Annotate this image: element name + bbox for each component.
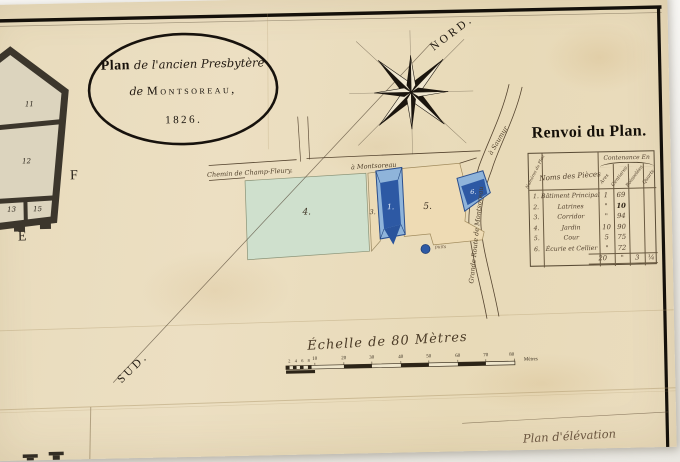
table-row-value: 72 (618, 243, 627, 251)
table-subcol-header: Quarts (642, 169, 656, 185)
table-row-no: 6. (534, 246, 540, 253)
room-11-label: 11 (25, 100, 34, 108)
table-row-value: 1 (604, 191, 608, 199)
cartouche-line2: de Montsoreau, (129, 80, 237, 100)
cartouche-title: Plan de l'ancien Presbytère (101, 53, 265, 74)
table-row-name: Corridor (557, 213, 584, 221)
scale-tick-label: 10 (312, 357, 317, 362)
room-15-label: 15 (33, 205, 42, 213)
scale-bar (286, 359, 515, 374)
right-border-line (658, 7, 667, 447)
photographed-plan-document: Plan de l'ancien Presbytère de Montsorea… (0, 0, 680, 462)
table-total-value: 20 (598, 254, 607, 262)
well-marker (421, 244, 430, 253)
table-row-value: 69 (617, 191, 626, 199)
table-row-name: Cour (564, 234, 580, 241)
parcel-1-label: 1. (387, 202, 394, 211)
scale-tick-label: 30 (369, 356, 374, 361)
table-row-value: 10 (602, 223, 611, 231)
table-gridline (529, 187, 656, 191)
scale-tick-label: 40 (398, 355, 403, 360)
cartouche-place-name: Montsoreau, (147, 82, 237, 98)
parcel-6-label: 6. (470, 188, 476, 196)
table-row-name: Bâtiment Principal (541, 192, 600, 200)
letter-f-label: F (70, 168, 78, 184)
table-total-value: ¼ (648, 253, 655, 261)
table-row-value: 5 (605, 233, 609, 241)
table-row-value: " (604, 202, 607, 210)
scale-tick-label: 50 (426, 354, 431, 359)
well-label: puits (435, 245, 447, 250)
elevation-rule-line (462, 412, 668, 423)
table-row-value: 75 (617, 233, 626, 241)
parcel-3-label: 3. (370, 208, 376, 216)
scale-tick-label: 80 (509, 353, 514, 358)
table-total-value: 3 (635, 254, 639, 262)
table-subcol-header: Ares (600, 173, 611, 185)
table-row-name: Écurie et Cellier (546, 244, 598, 252)
room-12-label: 12 (22, 157, 31, 165)
letter-e-label: E (18, 229, 27, 245)
table-row-value: " (605, 244, 608, 252)
scale-tick-label: 60 (455, 354, 460, 359)
door-jamb (40, 220, 51, 229)
parcel-5-label: 5. (423, 202, 432, 212)
cartouche-de: de (129, 85, 143, 98)
table-row-name: Latrines (558, 203, 584, 211)
table-title: Renvoi du Plan. (531, 122, 646, 142)
top-border-line (0, 7, 662, 27)
north-branch-road (298, 116, 310, 161)
table-group-header: Contenance En (603, 154, 650, 162)
table-names-header: Noms des Pièces (539, 169, 601, 182)
paper-sheet: Plan de l'ancien Presbytère de Montsorea… (0, 0, 677, 461)
cartouche-year: 1826. (165, 114, 202, 127)
scale-subticks: 2 4 6 8 (288, 358, 311, 363)
table-row-no: 4. (534, 225, 540, 232)
table-row-value: 90 (617, 222, 626, 230)
table-row-value: 94 (617, 212, 626, 220)
column-tops (23, 452, 64, 461)
compass-rose (348, 29, 475, 156)
scale-tick-label: 70 (483, 353, 488, 358)
table-row-value: " (605, 212, 608, 220)
renvoi-table: Numéros du Plan Noms des Pièces Contenan… (528, 150, 657, 267)
cartouche-title-rest: de l'ancien Presbytère (134, 55, 265, 72)
cartouche-title-word: Plan (101, 58, 131, 74)
table-row-name: Jardin (561, 224, 580, 231)
table-row-no: 3. (533, 214, 539, 221)
room-13-label: 13 (7, 206, 16, 214)
table-row-no: 1. (533, 193, 539, 200)
table-total-value: " (621, 254, 624, 262)
table-gridline (542, 154, 545, 268)
scale-unit-label: Mètres (524, 357, 538, 362)
table-row-value: 10 (616, 201, 626, 209)
table-row-no: 2. (533, 204, 539, 211)
parcel-4-label: 4. (302, 207, 311, 217)
scale-tick-label: 20 (341, 356, 346, 361)
table-row-no: 5. (534, 235, 540, 242)
